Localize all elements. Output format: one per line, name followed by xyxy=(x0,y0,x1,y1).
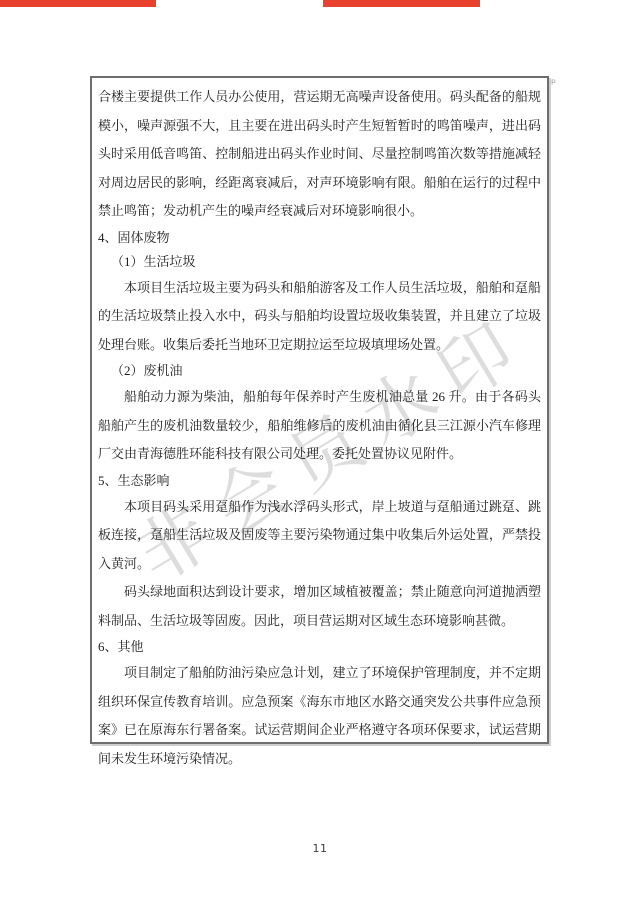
paragraph-waste-oil: 船舶动力源为柴油，船舶每年保养时产生废机油总量 26 升。由于各码头船舶产生的废… xyxy=(98,383,541,469)
top-red-bar-left xyxy=(0,0,156,7)
heading-ecological-impact: 5、生态影响 xyxy=(98,469,541,493)
report-table-cell: 合楼主要提供工作人员办公使用，营运期无高噪声设备使用。码头配备的船规模小，噪声源… xyxy=(90,76,549,744)
paragraph-domestic-garbage: 本项目生活垃圾主要为码头和船舶游客及工作人员生活垃圾，船舶和趸船的生活垃圾禁止投… xyxy=(98,274,541,360)
paragraph-pontoon-wharf: 本项目码头采用趸船作为浅水浮码头形式，岸上坡道与趸船通过跳趸、跳板连接，趸船生活… xyxy=(98,493,541,579)
top-red-bar-middle xyxy=(323,0,480,7)
scan-artifact-glyph: ᵖ xyxy=(551,76,556,90)
subheading-waste-oil: （2）废机油 xyxy=(98,359,541,383)
subheading-domestic-garbage: （1）生活垃圾 xyxy=(98,250,541,274)
heading-solid-waste: 4、固体废物 xyxy=(98,226,541,250)
paragraph-greening: 码头绿地面积达到设计要求，增加区域植被覆盖；禁止随意向河道抛洒塑料制品、生活垃圾… xyxy=(98,578,541,635)
heading-other: 6、其他 xyxy=(98,635,541,659)
paragraph-noise-continued: 合楼主要提供工作人员办公使用，营运期无高噪声设备使用。码头配备的船规模小，噪声源… xyxy=(98,83,541,226)
document-page: 非会员水印 合楼主要提供工作人员办公使用，营运期无高噪声设备使用。码头配备的船规… xyxy=(0,0,640,905)
page-number: 11 xyxy=(0,842,640,855)
paragraph-emergency-plan: 项目制定了船舶防油污染应急计划，建立了环境保护管理制度，并不定期组织环保宣传教育… xyxy=(98,659,541,773)
